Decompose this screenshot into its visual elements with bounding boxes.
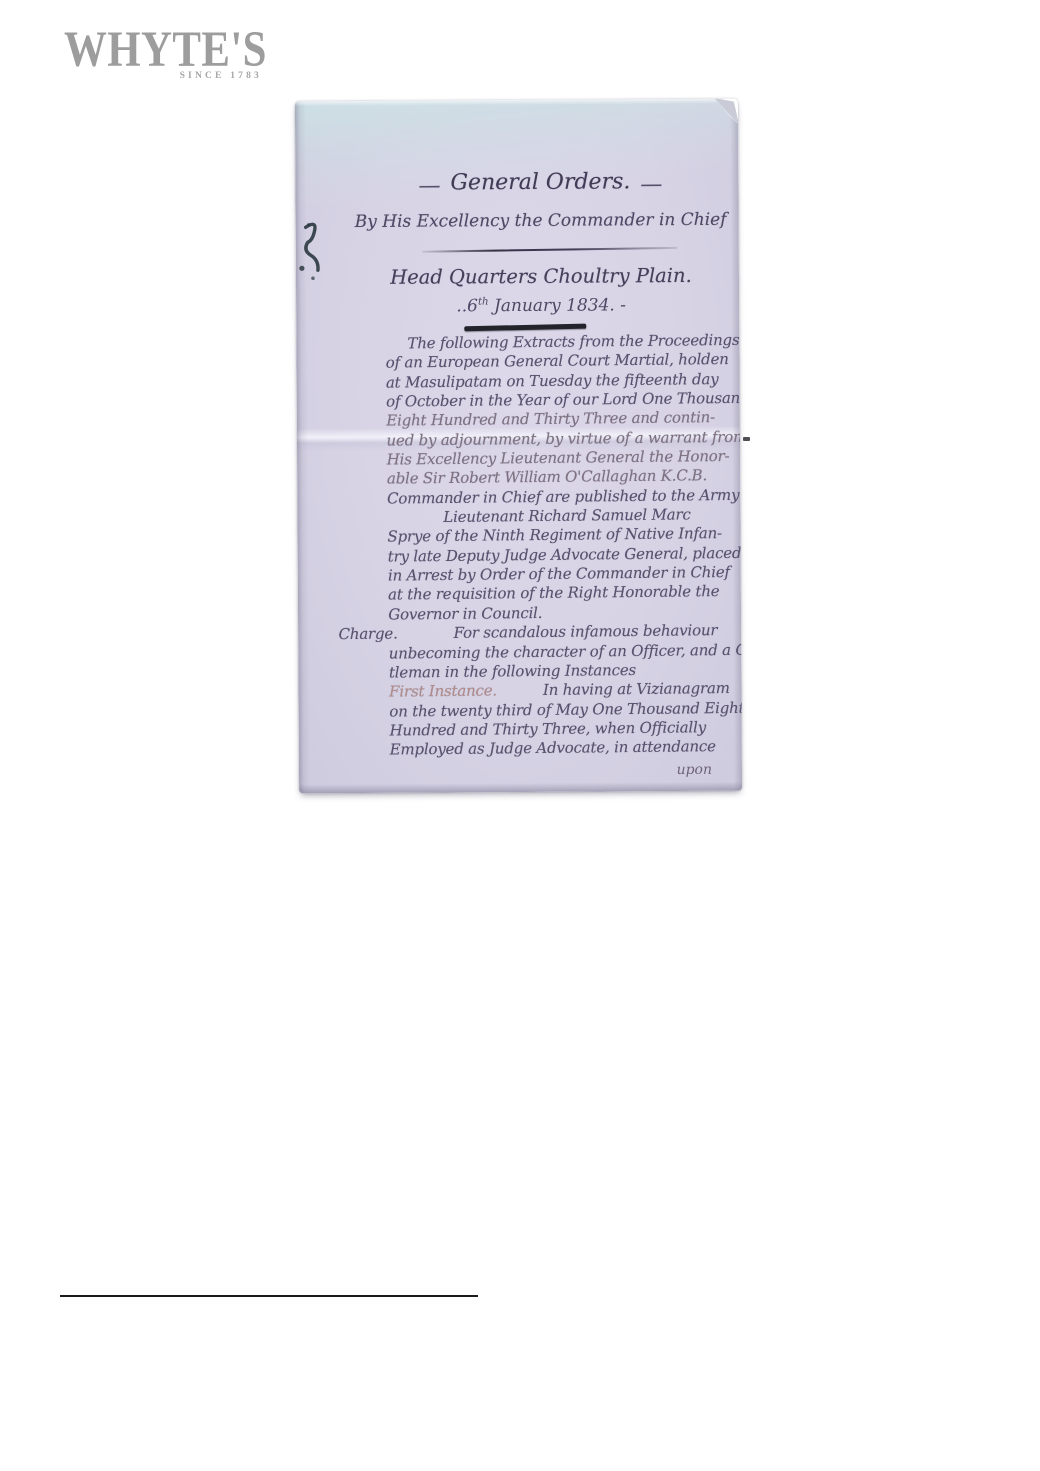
manuscript-place-line: Head Quarters Choultry Plain. — [351, 264, 731, 289]
title-dash-left: — — [408, 173, 450, 198]
manuscript-text-segment: try late Deputy Judge Advocate General, … — [388, 544, 742, 566]
folded-corner-icon — [707, 99, 739, 130]
manuscript-heavy-rule — [464, 324, 586, 332]
logo-tagline: SINCE 1783 — [180, 71, 262, 81]
manuscript-text-segment: able Sir Robert William O'Callaghan K.C.… — [387, 467, 707, 488]
manuscript-text-segment: Governor in Council. — [388, 604, 542, 624]
manuscript-text-segment: Commander in Chief are published to the … — [387, 486, 739, 508]
manuscript-line: at the requisition of the Right Honorabl… — [388, 582, 733, 605]
manuscript-subtitle: By His Excellency the Commander in Chief — [351, 210, 731, 232]
footnote-rule — [60, 1295, 478, 1297]
title-dash-right: — — [630, 172, 672, 197]
manuscript-text-segment: Lieutenant Richard Samuel Marc — [443, 505, 691, 526]
manuscript-text-segment: Charge. — [338, 625, 397, 644]
manuscript-text-segment: The following Extracts from the Proceedi… — [407, 331, 739, 352]
manuscript-text-segment: unbecoming the character of an Officer, … — [389, 640, 742, 662]
manuscript-text-segment: in Arrest by Order of the Commander in C… — [388, 563, 730, 585]
manuscript-scan: —General Orders.— By His Excellency the … — [297, 100, 740, 792]
manuscript-line: unbecoming the character of an Officer, … — [389, 640, 734, 663]
manuscript-paper: —General Orders.— By His Excellency the … — [295, 99, 742, 794]
manuscript-text-segment: at the requisition of the Right Honorabl… — [388, 583, 719, 604]
manuscript-text-segment: Hundred and Thirty Three, when Officiall… — [389, 718, 706, 739]
manuscript-text-segment: on the twenty third of May One Thousand … — [389, 698, 742, 720]
manuscript-text-segment: ued by adjournment, by virtue of a warra… — [386, 428, 742, 450]
manuscript-body: The following Extracts from the Proceedi… — [385, 331, 734, 760]
manuscript-text-segment: In having at Vizianagram — [543, 679, 730, 699]
manuscript-text-segment: First Instance. — [389, 682, 497, 701]
manuscript-catchword: upon — [676, 762, 712, 778]
manuscript-line: Employed as Judge Advocate, in attendanc… — [390, 737, 735, 760]
manuscript-text-segment: Employed as Judge Advocate, in attendanc… — [390, 737, 716, 758]
manuscript-text-segment: at Masulipatam on Tuesday the fifteenth … — [386, 370, 719, 391]
manuscript-text-segment: His Excellency Lieutenant General the Ho… — [387, 447, 730, 469]
manuscript-text-segment: tleman in the following Instances — [389, 661, 636, 682]
manuscript-date-line: ..6th January 1834. - — [351, 295, 731, 317]
ink-blot-icon — [295, 221, 329, 283]
manuscript-text-segment: of October in the Year of our Lord One T… — [386, 389, 742, 411]
manuscript-text-segment: For scandalous infamous behaviour — [454, 621, 718, 642]
manuscript-text-segment: Eight Hundred and Thirty Three and conti… — [386, 408, 715, 429]
scan-artifact-speck — [743, 437, 750, 441]
manuscript-divider-rule — [422, 247, 678, 253]
manuscript-text-segment: Sprye of the Ninth Regiment of Native In… — [387, 524, 722, 546]
whytes-logo: WHYTE'S SINCE 1783 — [64, 27, 262, 81]
logo-wordmark: WHYTE'S — [64, 27, 230, 73]
manuscript-title: —General Orders.— — [350, 169, 730, 196]
manuscript-text-segment: of an European General Court Martial, ho… — [386, 350, 729, 372]
